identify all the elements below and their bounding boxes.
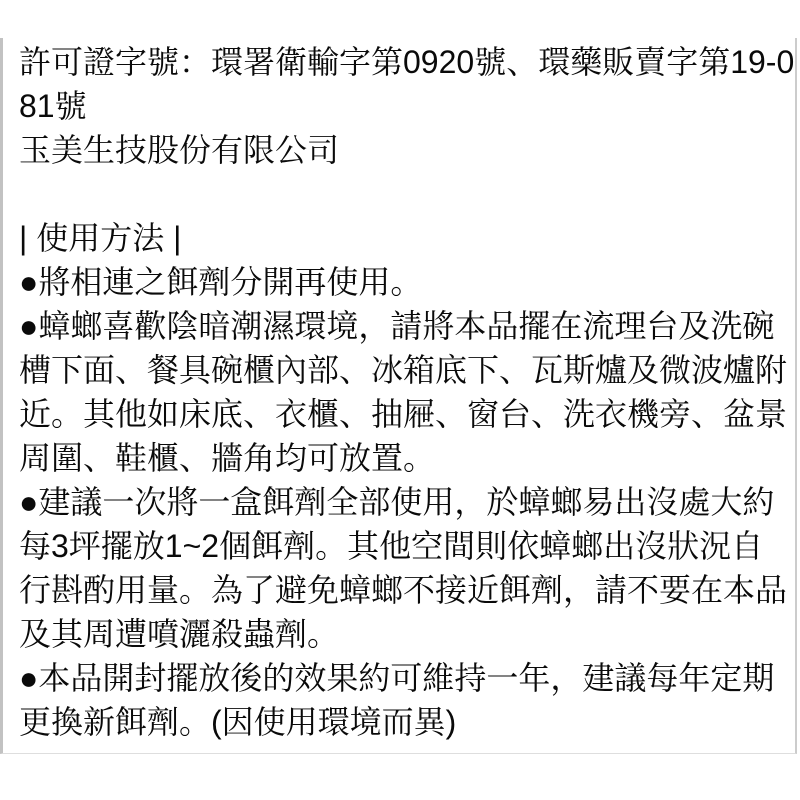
usage-instruction-text: 將相連之餌劑分開再使用。 (38, 264, 422, 300)
usage-instruction-text: 蟑螂喜歡陰暗潮濕環境，請將本品擺在流理台及洗碗槽下面、餐具碗櫃內部、冰箱底下、瓦… (19, 308, 787, 476)
usage-instruction-text: 建議一次將一盒餌劑全部使用，於蟑螂易出沒處大約每3坪擺放1~2個餌劑。其他空間則… (19, 484, 787, 652)
bullet-icon: ● (19, 308, 38, 344)
blank-line (19, 172, 795, 216)
bullet-icon: ● (19, 264, 38, 300)
usage-method-header: | 使用方法 | (19, 216, 795, 260)
usage-instruction-item: ●蟑螂喜歡陰暗潮濕環境，請將本品擺在流理台及洗碗槽下面、餐具碗櫃內部、冰箱底下、… (19, 304, 795, 480)
usage-instruction-item: ●建議一次將一盒餌劑全部使用，於蟑螂易出沒處大約每3坪擺放1~2個餌劑。其他空間… (19, 480, 795, 656)
bullet-icon: ● (19, 484, 38, 520)
license-number-line: 許可證字號：環署衛輸字第0920號、環藥販賣字第19-081號 (19, 40, 795, 128)
usage-instruction-item: ●將相連之餌劑分開再使用。 (19, 260, 795, 304)
bullet-icon: ● (19, 660, 38, 696)
usage-instruction-text: 本品開封擺放後的效果約可維持一年，建議每年定期更換新餌劑。(因使用環境而異) (19, 660, 774, 740)
product-description-panel: 許可證字號：環署衛輸字第0920號、環藥販賣字第19-081號 玉美生技股份有限… (0, 38, 797, 754)
usage-instruction-item: ●本品開封擺放後的效果約可維持一年，建議每年定期更換新餌劑。(因使用環境而異) (19, 656, 795, 744)
company-name: 玉美生技股份有限公司 (19, 128, 795, 172)
